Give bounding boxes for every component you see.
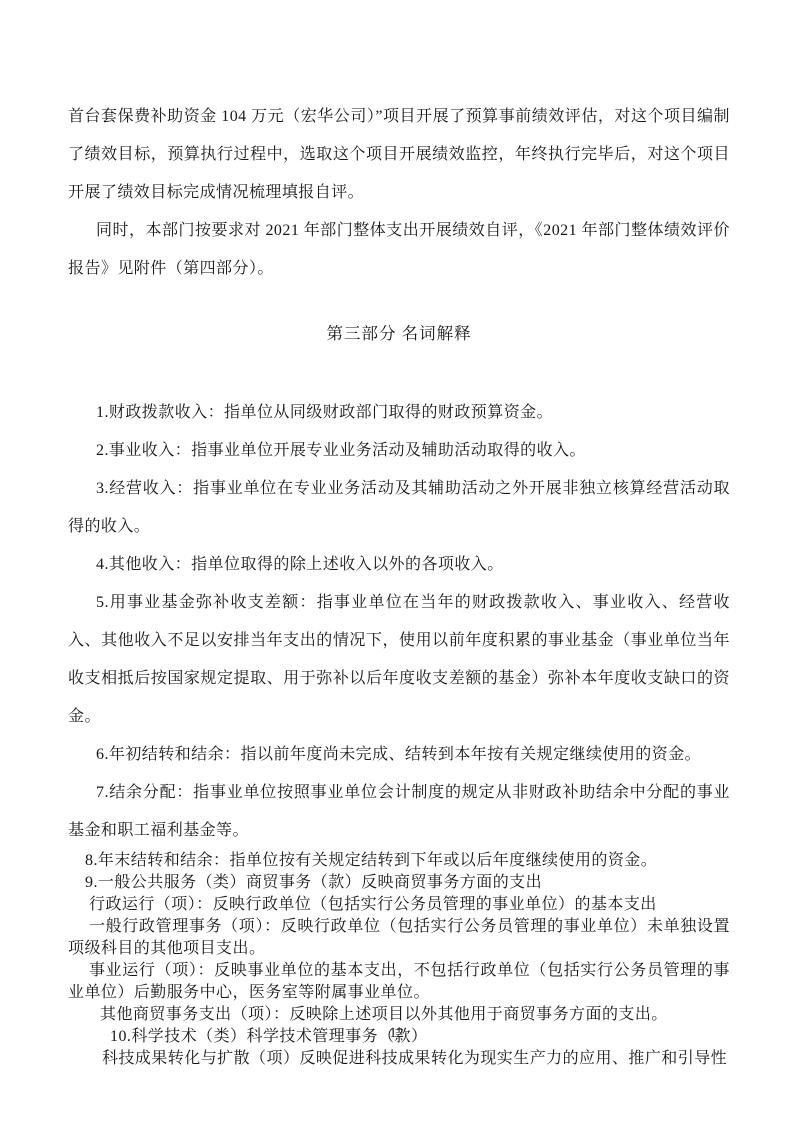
budget-item-institution-operation: 事业运行（项）：反映事业单位的基本支出，不包括行政单位（包括实行公务员管理的事业… — [68, 960, 730, 1004]
definition-item-6: 6.年初结转和结余：指以前年度尚未完成、结转到本年按有关规定继续使用的资金。 — [68, 736, 730, 774]
definition-item-1: 1.财政拨款收入：指单位从同级财政部门取得的财政预算资金。 — [68, 394, 730, 432]
definition-item-2: 2.事业收入：指事业单位开展专业业务活动及辅助活动取得的收入。 — [68, 432, 730, 470]
budget-item-admin-operation: 行政运行（项）：反映行政单位（包括实行公务员管理的事业单位）的基本支出 — [68, 894, 730, 916]
budget-item-8: 8.年末结转和结余：指单位按有关规定结转到下年或以后年度继续使用的资金。 — [68, 850, 730, 872]
budget-item-other-trade-affairs: 其他商贸事务支出（项）：反映除上述项目以外其他用于商贸事务方面的支出。 — [68, 1004, 730, 1026]
budget-item-general-admin-affairs: 一般行政管理事务（项）：反映行政单位（包括实行公务员管理的事业单位）未单独设置项… — [68, 916, 730, 960]
budget-item-tech-transfer: 科技成果转化与扩散（项）反映促进科技成果转化为现实生产力的应用、推广和引导性 — [68, 1048, 730, 1070]
paragraph-self-evaluation: 同时，本部门按要求对 2021 年部门整体支出开展绩效自评，《2021 年部门整… — [68, 212, 730, 288]
definition-item-7: 7.结余分配：指事业单位按照事业单位会计制度的规定从非财政补助结余中分配的事业基… — [68, 774, 730, 850]
page-content: 首台套保费补助资金 104 万元（宏华公司）”项目开展了预算事前绩效评估，对这个… — [68, 98, 730, 1070]
section-heading: 第三部分 名词解释 — [68, 314, 730, 354]
document-page: 首台套保费补助资金 104 万元（宏华公司）”项目开展了预算事前绩效评估，对这个… — [0, 0, 793, 1122]
definition-item-4: 4.其他收入：指单位取得的除上述收入以外的各项收入。 — [68, 546, 730, 584]
definition-item-5: 5.用事业基金弥补收支差额：指事业单位在当年的财政拨款收入、事业收入、经营收入、… — [68, 584, 730, 736]
definition-item-3: 3.经营收入：指事业单位在专业业务活动及其辅助活动之外开展非独立核算经营活动取得… — [68, 470, 730, 546]
paragraph-performance-evaluation: 首台套保费补助资金 104 万元（宏华公司）”项目开展了预算事前绩效评估，对这个… — [68, 98, 730, 212]
budget-item-9: 9.一般公共服务（类）商贸事务（款）反映商贸事务方面的支出 — [68, 872, 730, 894]
page-number: 12 — [0, 1024, 793, 1044]
